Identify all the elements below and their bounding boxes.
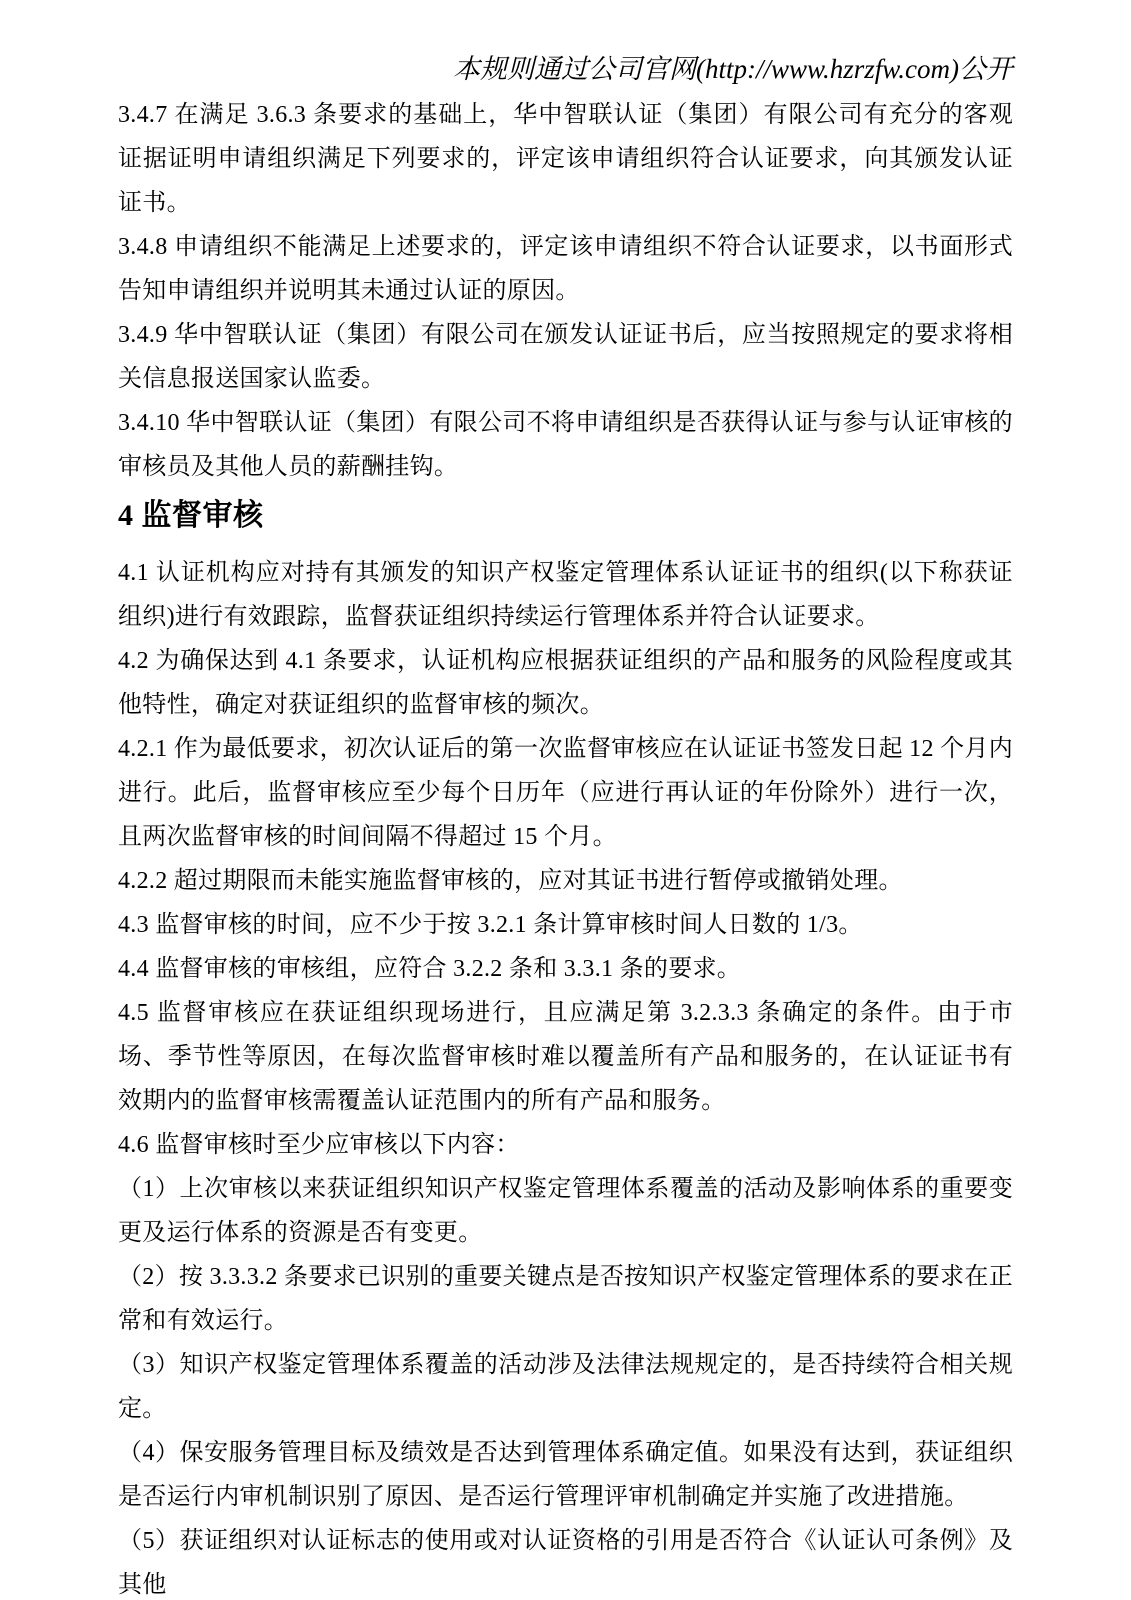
paragraph: 4.3 监督审核的时间，应不少于按 3.2.1 条计算审核时间人日数的 1/3。	[118, 903, 1013, 947]
paragraph: （5）获证组织对认证标志的使用或对认证资格的引用是否符合《认证认可条例》及其他	[118, 1519, 1013, 1600]
paragraph: 3.4.10 华中智联认证（集团）有限公司不将申请组织是否获得认证与参与认证审核…	[118, 401, 1013, 489]
paragraph: 4.2 为确保达到 4.1 条要求，认证机构应根据获证组织的产品和服务的风险程度…	[118, 639, 1013, 727]
paragraph: 3.4.7 在满足 3.6.3 条要求的基础上，华中智联认证（集团）有限公司有充…	[118, 93, 1013, 225]
paragraph: 4.2.2 超过期限而未能实施监督审核的，应对其证书进行暂停或撤销处理。	[118, 859, 1013, 903]
paragraph: 3.4.9 华中智联认证（集团）有限公司在颁发认证证书后，应当按照规定的要求将相…	[118, 313, 1013, 401]
paragraph: 4.6 监督审核时至少应审核以下内容：	[118, 1123, 1013, 1167]
paragraph: 3.4.8 申请组织不能满足上述要求的，评定该申请组织不符合认证要求，以书面形式…	[118, 225, 1013, 313]
document-body: 3.4.7 在满足 3.6.3 条要求的基础上，华中智联认证（集团）有限公司有充…	[118, 93, 1013, 1600]
header-note: 本规则通过公司官网(http://www.hzrzfw.com)公开	[453, 52, 1013, 86]
document-page: 本规则通过公司官网(http://www.hzrzfw.com)公开 3.4.7…	[0, 0, 1131, 1600]
paragraph: （1）上次审核以来获证组织知识产权鉴定管理体系覆盖的活动及影响体系的重要变更及运…	[118, 1167, 1013, 1255]
paragraph: 4.5 监督审核应在获证组织现场进行，且应满足第 3.2.3.3 条确定的条件。…	[118, 991, 1013, 1123]
section-heading: 4 监督审核	[118, 493, 1013, 539]
paragraph: 4.2.1 作为最低要求，初次认证后的第一次监督审核应在认证证书签发日起 12 …	[118, 727, 1013, 859]
paragraph: （2）按 3.3.3.2 条要求已识别的重要关键点是否按知识产权鉴定管理体系的要…	[118, 1255, 1013, 1343]
paragraph: 4.1 认证机构应对持有其颁发的知识产权鉴定管理体系认证证书的组织(以下称获证组…	[118, 551, 1013, 639]
paragraph: 4.4 监督审核的审核组，应符合 3.2.2 条和 3.3.1 条的要求。	[118, 947, 1013, 991]
paragraph: （4）保安服务管理目标及绩效是否达到管理体系确定值。如果没有达到，获证组织是否运…	[118, 1431, 1013, 1519]
paragraph: （3）知识产权鉴定管理体系覆盖的活动涉及法律法规规定的，是否持续符合相关规定。	[118, 1343, 1013, 1431]
